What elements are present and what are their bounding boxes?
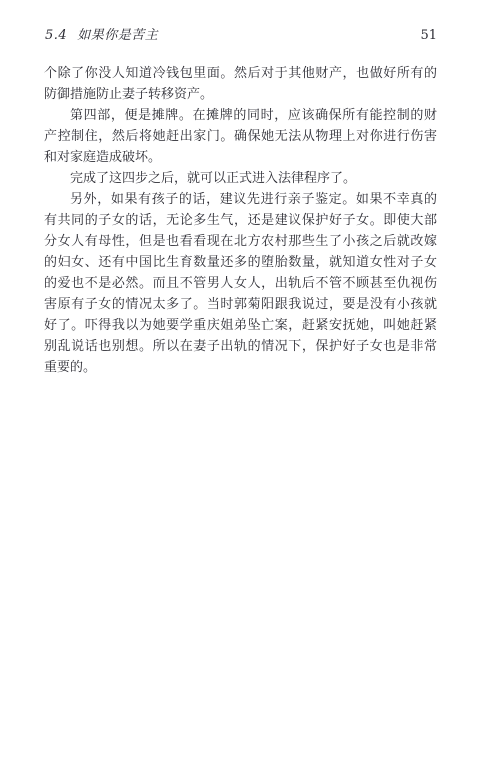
text-line: 第四部，便是摊牌。在摊牌的同时，应该确保所有能控制的财 xyxy=(44,105,437,126)
text-line: 别乱说话也别想。所以在妻子出轨的情况下，保护好子女也是非常 xyxy=(44,336,437,357)
section-title: 如果你是苦主 xyxy=(77,28,158,43)
text-line: 个除了你没人知道冷钱包里面。然后对于其他财产，也做好所有的 xyxy=(44,63,437,84)
text-line: 的爱也不是必然。而且不管男人女人，出轨后不管不顾甚至仇视伤 xyxy=(44,273,437,294)
text-line: 分女人有母性，但是也看看现在北方农村那些生了小孩之后就改嫁 xyxy=(44,231,437,252)
text-line: 防御措施防止妻子转移资产。 xyxy=(44,84,437,105)
text-line: 的妇女、还有中国比生育数量还多的堕胎数量，就知道女性对子女 xyxy=(44,252,437,273)
text-line: 重要的。 xyxy=(44,357,437,378)
text-line: 完成了这四步之后，就可以正式进入法律程序了。 xyxy=(44,168,437,189)
book-page: 5.4如果你是苦主 51 个除了你没人知道冷钱包里面。然后对于其他财产，也做好所… xyxy=(0,0,480,768)
text-line: 和对家庭造成破坏。 xyxy=(44,147,437,168)
text-line: 好了。吓得我以为她要学重庆姐弟坠亡案，赶紧安抚她，叫她赶紧 xyxy=(44,315,437,336)
text-line: 另外，如果有孩子的话，建议先进行亲子鉴定。如果不幸真的 xyxy=(44,189,437,210)
section-number: 5.4 xyxy=(45,28,67,43)
running-header: 5.4如果你是苦主 51 xyxy=(45,28,437,44)
text-line: 害原有子女的情况太多了。当时郭菊阳跟我说过，要是没有小孩就 xyxy=(44,294,437,315)
section-heading: 5.4如果你是苦主 xyxy=(45,28,158,44)
text-line: 有共同的子女的话，无论多生气，还是建议保护好子女。即使大部 xyxy=(44,210,437,231)
page-body: 个除了你没人知道冷钱包里面。然后对于其他财产，也做好所有的防御措施防止妻子转移资… xyxy=(44,63,437,378)
text-line: 产控制住，然后将她赶出家门。确保她无法从物理上对你进行伤害 xyxy=(44,126,437,147)
page-number: 51 xyxy=(420,28,437,44)
